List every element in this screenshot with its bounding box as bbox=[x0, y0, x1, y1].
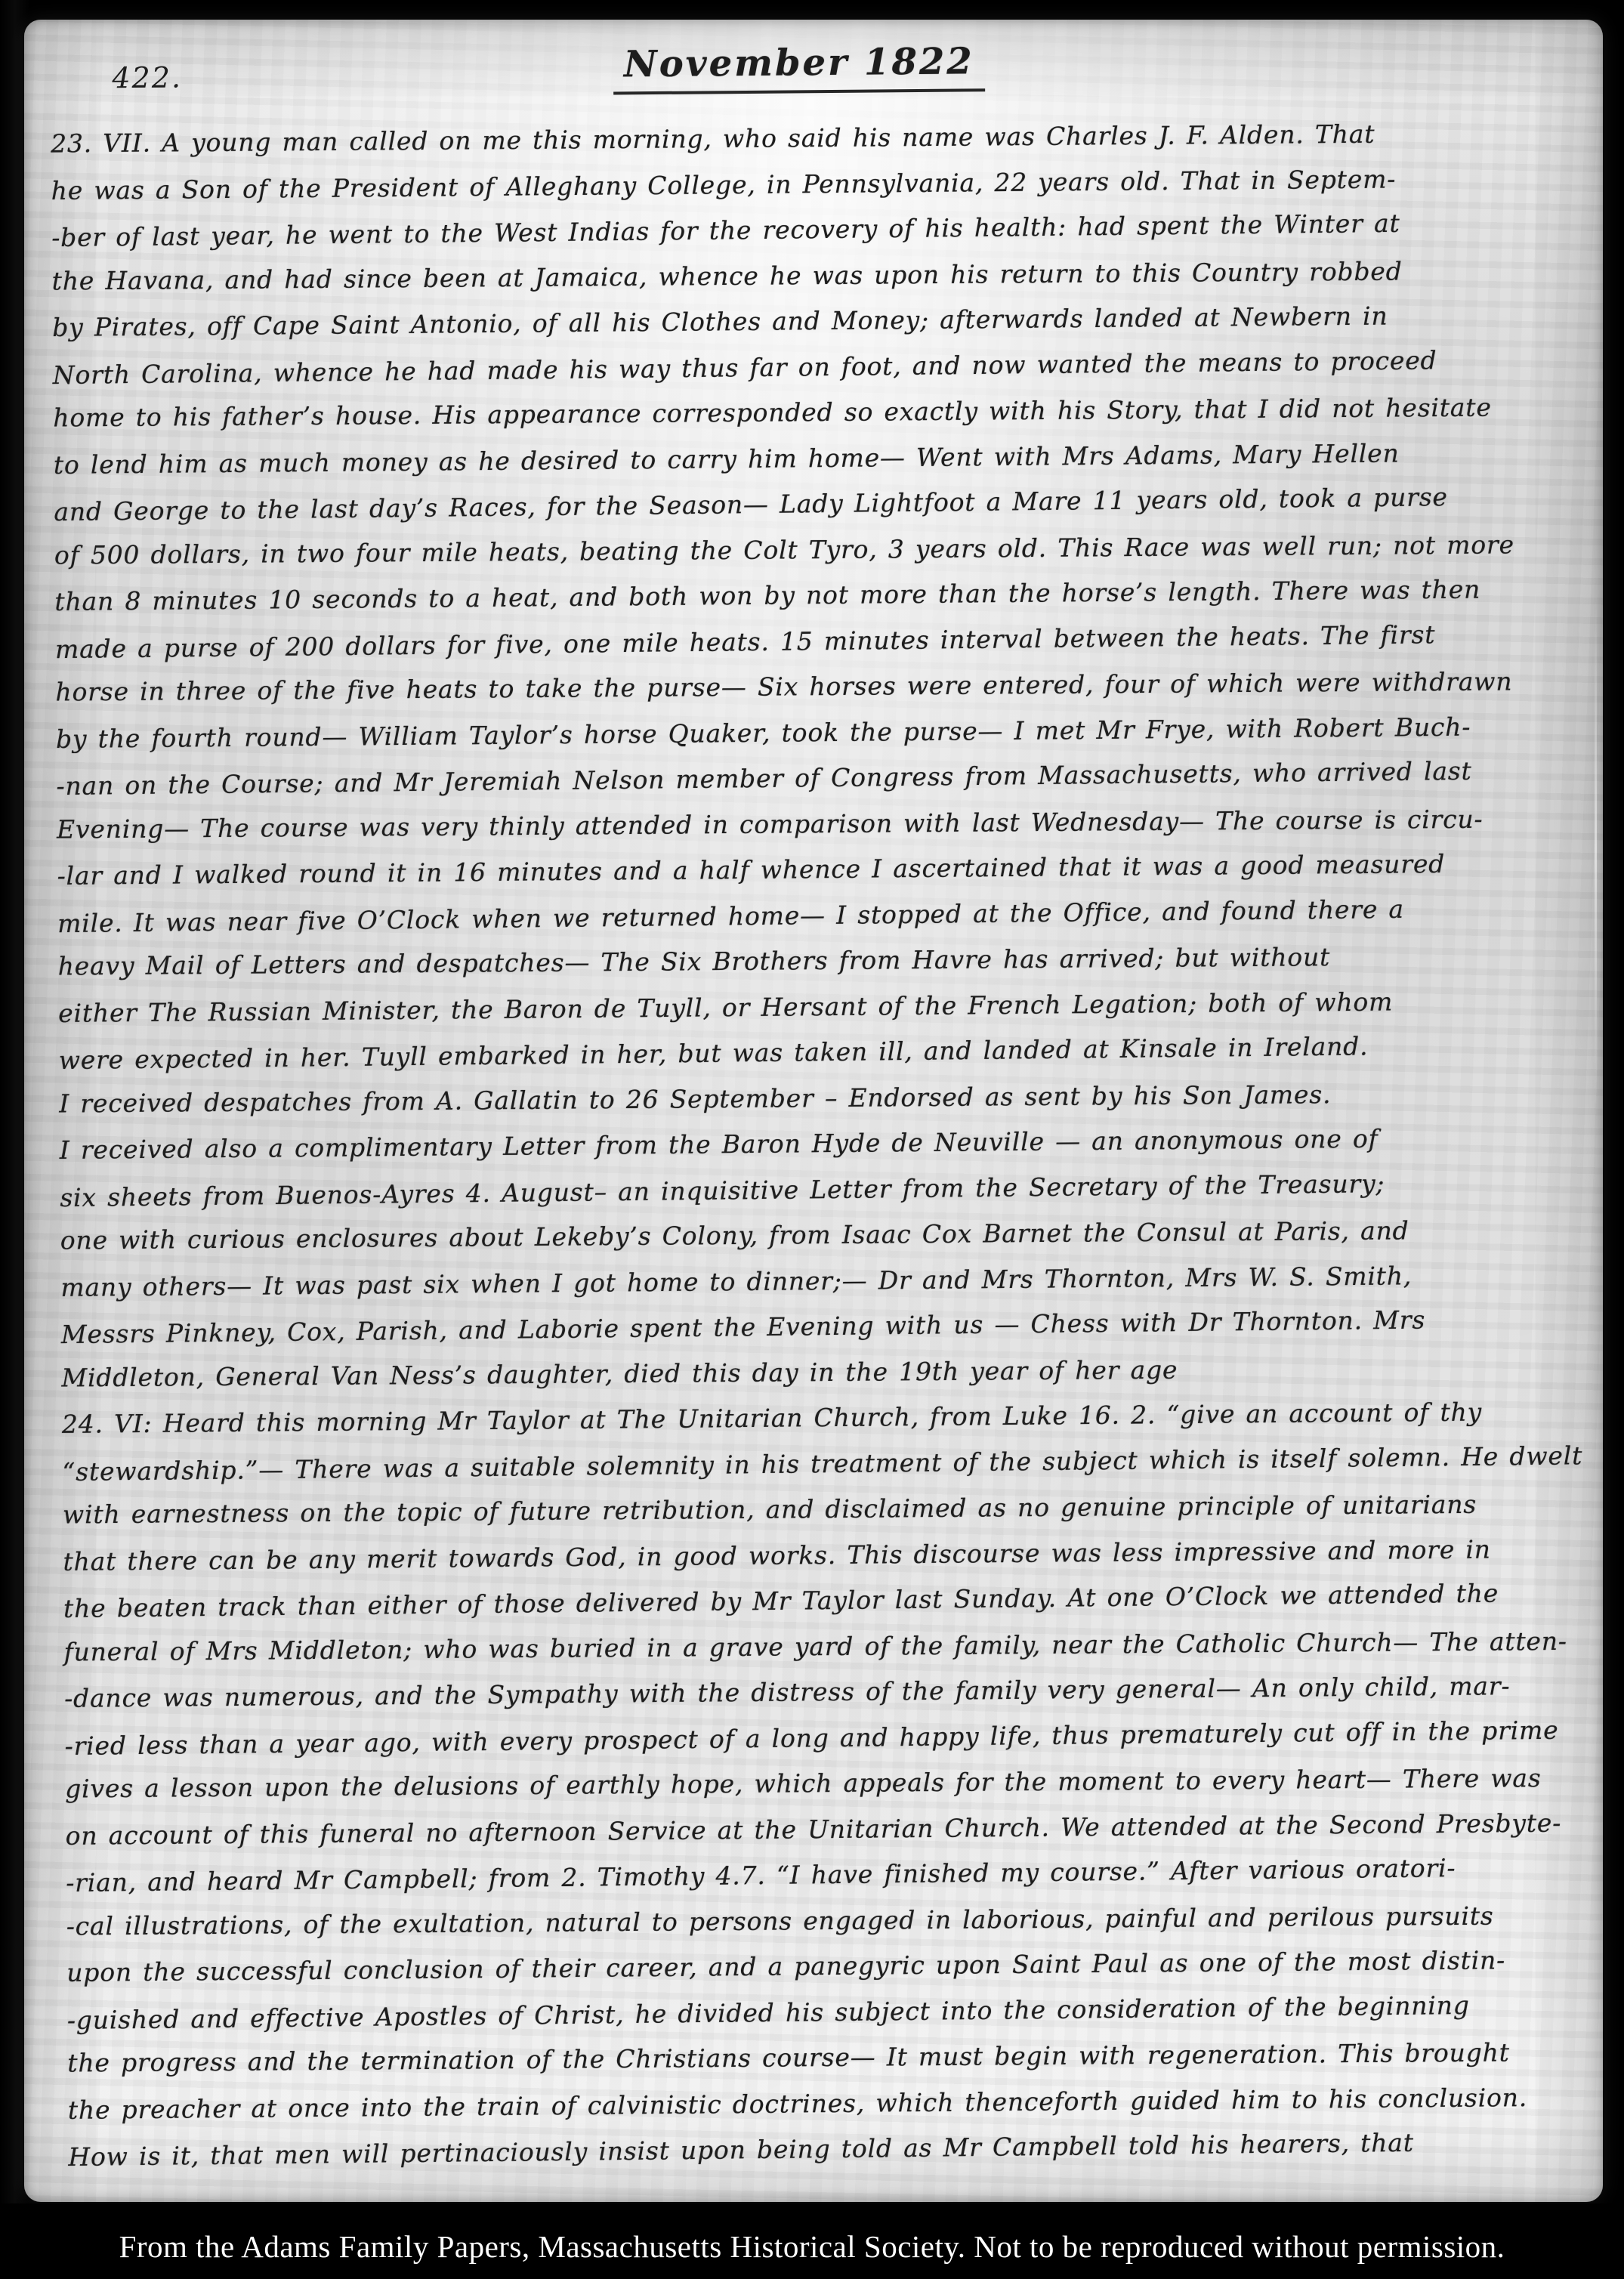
credit-text: From the Adams Family Papers, Massachuse… bbox=[119, 2228, 1505, 2265]
manuscript-text: 23. VII. A young man called on me this m… bbox=[51, 109, 1611, 2179]
credit-bar: From the Adams Family Papers, Massachuse… bbox=[0, 2203, 1624, 2279]
page-content: 422. November 1822 23. VII. A young man … bbox=[50, 32, 1611, 2179]
page-header: 422. November 1822 bbox=[50, 32, 1593, 110]
page-title: November 1822 bbox=[613, 40, 985, 94]
scanned-document: 422. November 1822 23. VII. A young man … bbox=[0, 0, 1624, 2279]
scanner-streak bbox=[1595, 594, 1597, 1107]
page-number: 422. bbox=[112, 60, 182, 94]
manuscript-page: 422. November 1822 23. VII. A young man … bbox=[24, 20, 1603, 2202]
